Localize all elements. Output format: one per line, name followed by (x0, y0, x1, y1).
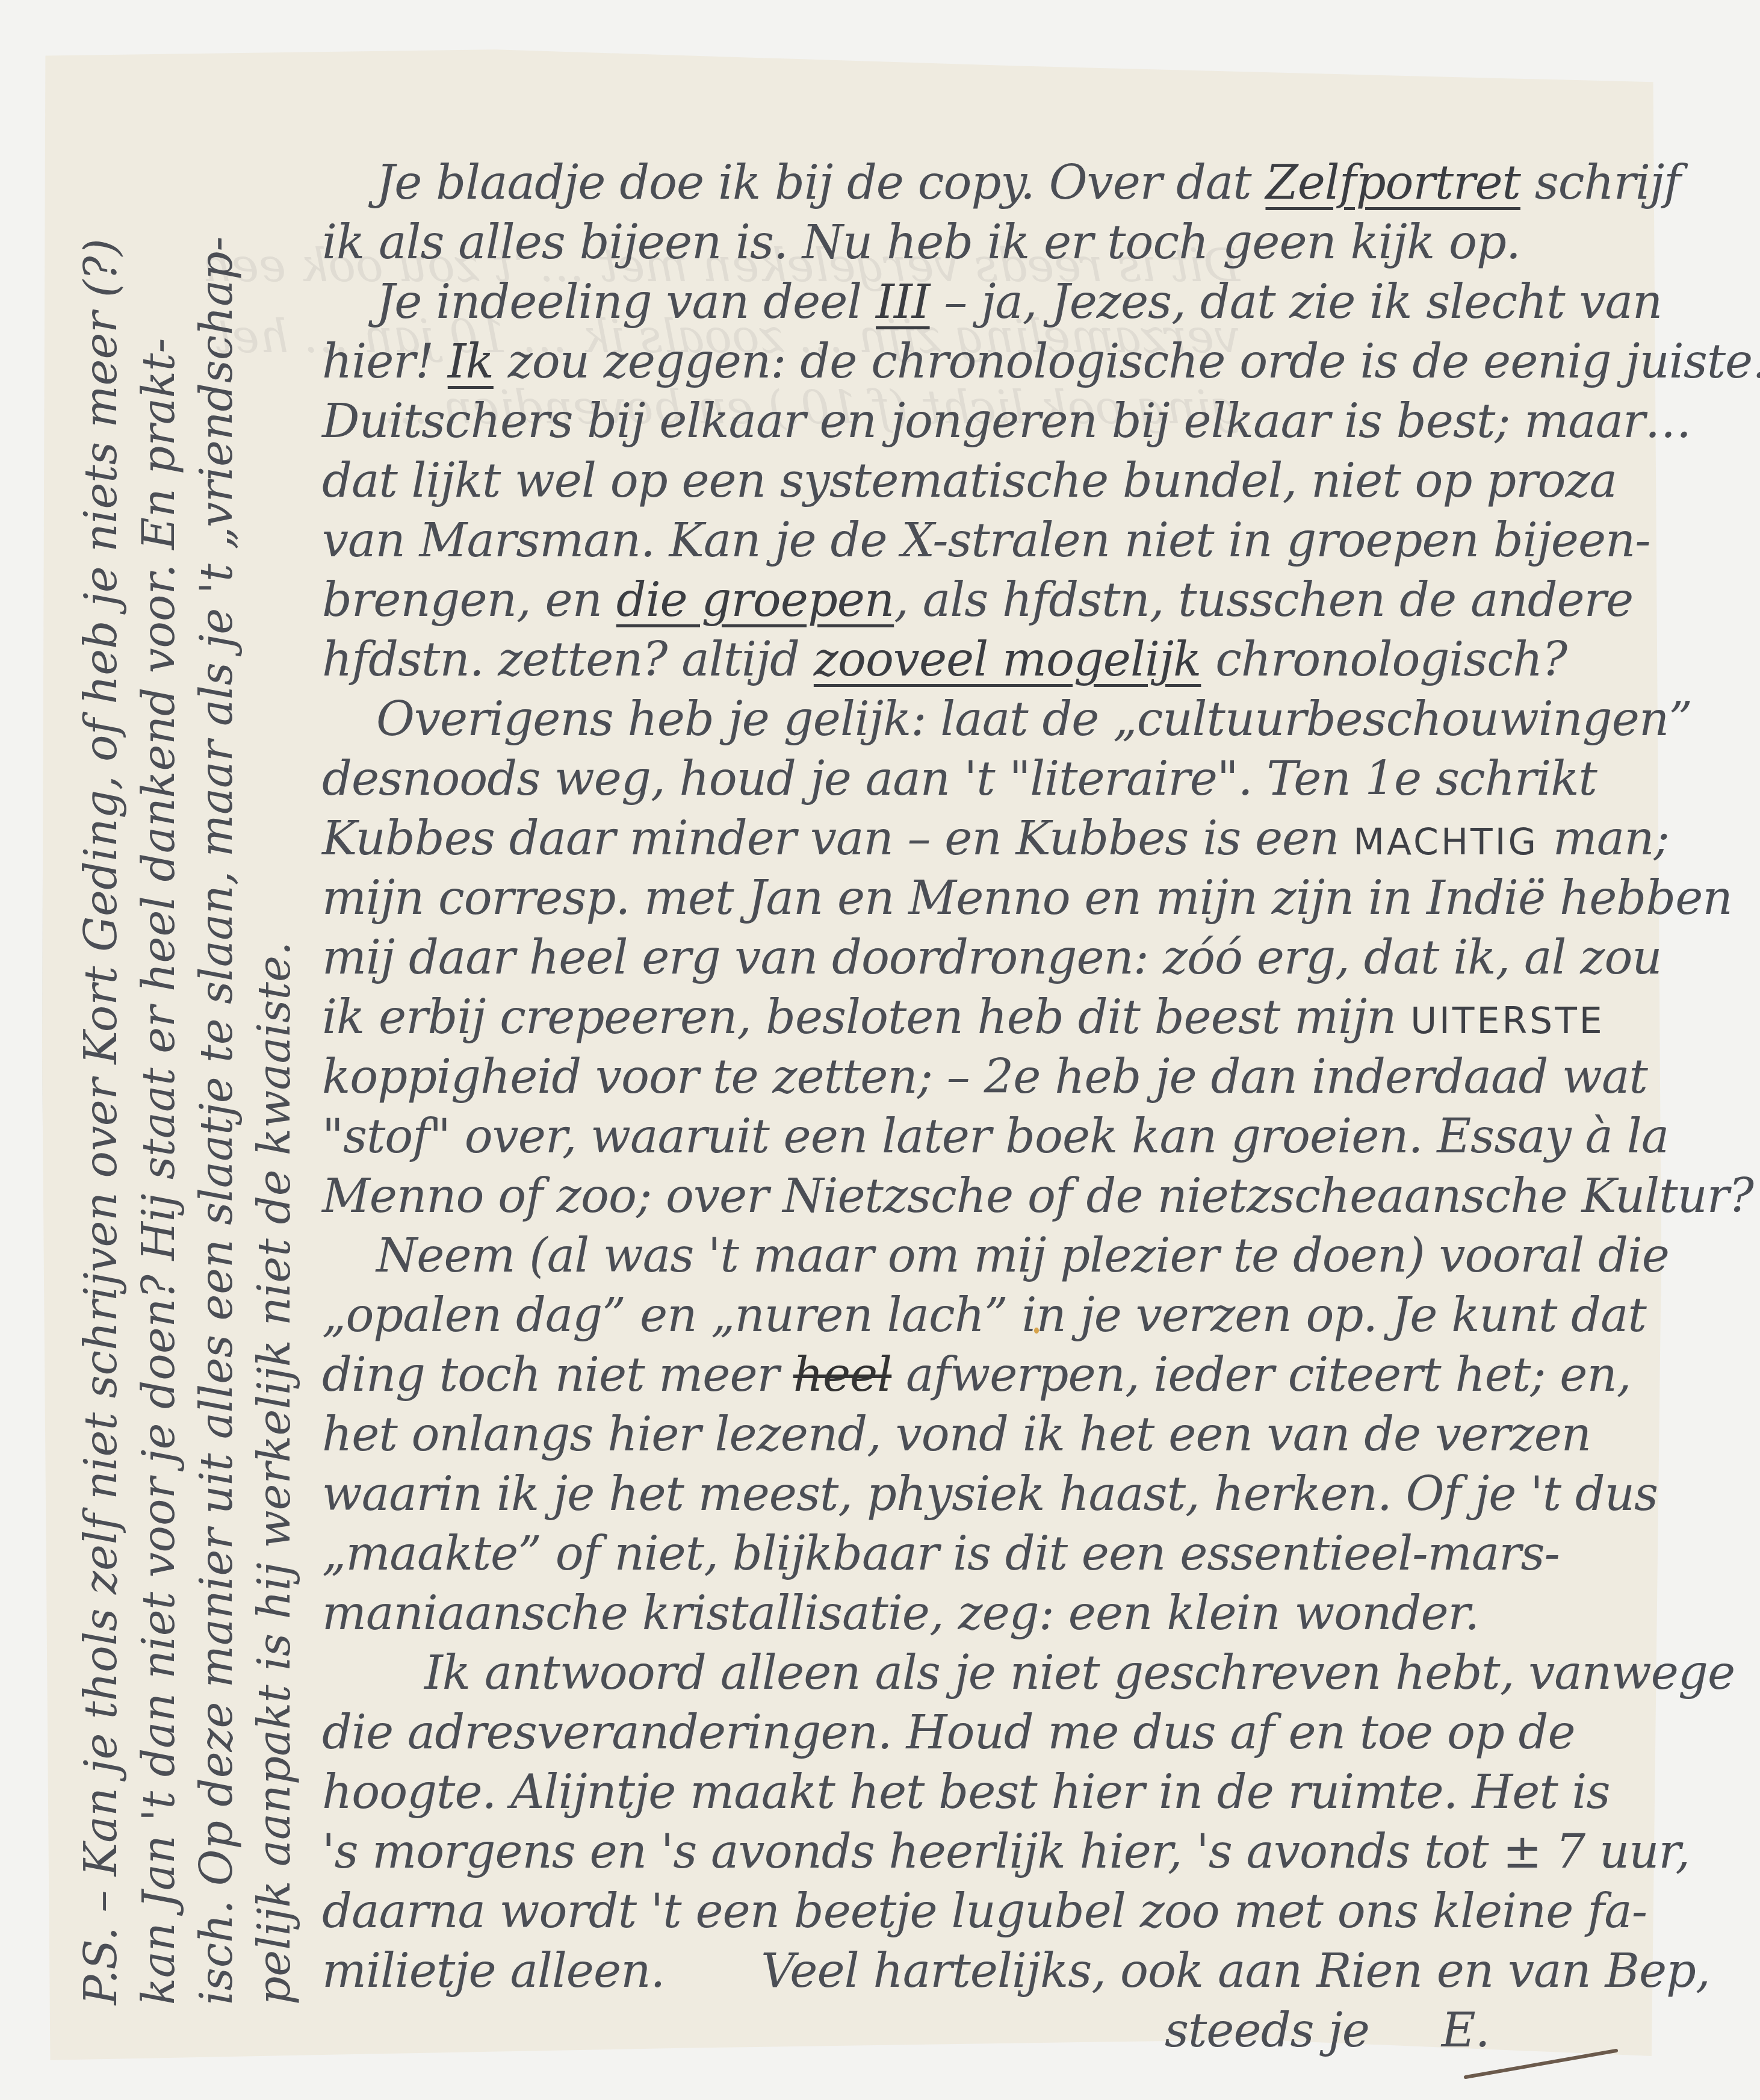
letter-body: Je blaadje doe ik bij de copy. Over dat … (322, 154, 1664, 2061)
letter-line: Neem (al was 't maar om mij plezier te d… (322, 1226, 1664, 1286)
letter-line: waarin ik je het meest, physiek haast, h… (322, 1465, 1664, 1524)
letter-line: hfdstn. zetten? altijd zooveel mogelijk … (322, 630, 1664, 690)
underlined-phrase: zooveel mogelijk (814, 633, 1201, 687)
margin-line: isch. Op deze manier uit alles een slaat… (188, 187, 246, 2005)
letter-line: Menno of zoo; over Nietzsche of de nietz… (322, 1167, 1664, 1226)
underlined-word: Zelfportret (1265, 156, 1520, 210)
letter-line: "stof" over, waaruit een later boek kan … (322, 1107, 1664, 1167)
capitalized-word: UITERSTE (1410, 1000, 1605, 1042)
struck-out-word: heel (793, 1348, 892, 1402)
letter-line: mij daar heel erg van doordrongen: zóó e… (322, 928, 1664, 988)
margin-line: kan Jan 't dan niet voor je doen? Hij st… (130, 187, 188, 2005)
letter-line: ik erbij crepeeren, besloten heb dit bee… (322, 988, 1664, 1048)
letter-line: dat lijkt wel op een systematische bunde… (322, 452, 1664, 511)
letter-line: hoogte. Alijntje maakt het best hier in … (322, 1763, 1664, 1822)
letter-line: koppigheid voor te zetten; – 2e heb je d… (322, 1048, 1664, 1107)
signature-initial: E. (1442, 2001, 1490, 2061)
letter-line: daarna wordt 't een beetje lugubel zoo m… (322, 1882, 1664, 1942)
letter-line: het onlangs hier lezend, vond ik het een… (322, 1405, 1664, 1465)
letter-line: Ik antwoord alleen als je niet geschreve… (322, 1644, 1664, 1703)
letter-line: ik als alles bijeen is. Nu heb ik er toc… (322, 213, 1664, 273)
margin-line: P.S. – Kan je thols zelf niet schrijven … (72, 187, 130, 2005)
signature-line: steeds jeE. (322, 2001, 1664, 2061)
letter-line: maniaansche kristallisatie, zeg: een kle… (322, 1584, 1664, 1644)
roman-numeral: III (876, 275, 929, 329)
margin-line: pelijk aanpakt is hij werkelijk niet de … (246, 187, 303, 2005)
letter-line: milietje alleen.Veel hartelijks, ook aan… (322, 1942, 1664, 2001)
letter-line: ding toch niet meer heel afwerpen, ieder… (322, 1346, 1664, 1405)
margin-postscript: P.S. – Kan je thols zelf niet schrijven … (72, 187, 303, 2005)
letter-line: desnoods weg, houd je aan 't "literaire"… (322, 750, 1664, 809)
letter-line: 's morgens en 's avonds heerlijk hier, '… (322, 1822, 1664, 1882)
closing-greeting: Veel hartelijks, ook aan Rien en van Bep… (665, 1944, 1710, 1998)
letter-line: Kubbes daar minder van – en Kubbes is ee… (322, 809, 1664, 869)
underlined-word: Ik (448, 335, 494, 389)
letter-line: van Marsman. Kan je de X-stralen niet in… (322, 511, 1664, 571)
letter-line: Overigens heb je gelijk: laat de „cultuu… (322, 690, 1664, 750)
scan-background: Dit is reeds vergeleken met … 't zou ook… (0, 0, 1760, 2100)
capitalized-word: MACHTIG (1353, 821, 1538, 863)
letter-line: Je indeeling van deel III – ja, Jezes, d… (322, 273, 1664, 332)
letter-line: mijn corresp. met Jan en Menno en mijn z… (322, 869, 1664, 928)
letter-line: die adresveranderingen. Houd me dus af e… (322, 1703, 1664, 1763)
letter-line: brengen, en die groepen, als hfdstn, tus… (322, 571, 1664, 630)
letter-line: Duitschers bij elkaar en jongeren bij el… (322, 392, 1664, 452)
underlined-phrase: die groepen (616, 573, 894, 627)
letter-line: hier! Ik zou zeggen: de chronologische o… (322, 332, 1664, 392)
letter-line: Je blaadje doe ik bij de copy. Over dat … (322, 154, 1664, 213)
letter-line: „maakte” of niet, blijkbaar is dit een e… (322, 1524, 1664, 1584)
letter-line: „opalen dag” en „nuren lach” in je verze… (322, 1286, 1664, 1346)
